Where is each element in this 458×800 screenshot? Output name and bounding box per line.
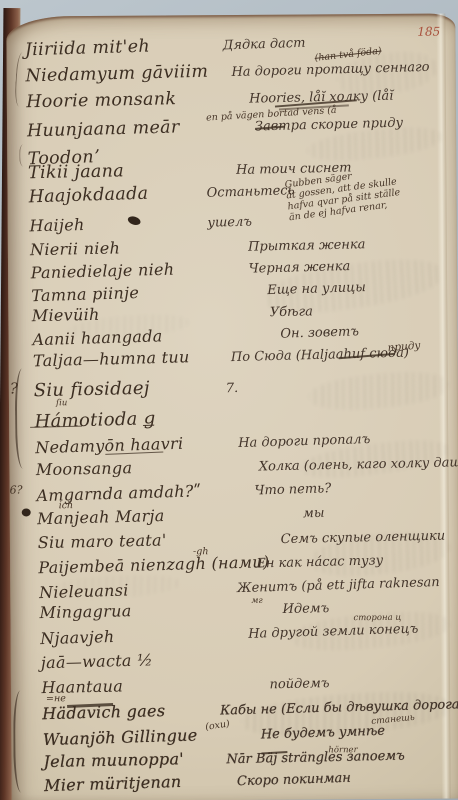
native-term: Haijeh bbox=[29, 212, 207, 236]
margin-note-interlinear: =не bbox=[46, 693, 66, 704]
gloss-text bbox=[219, 657, 458, 663]
gloss-text bbox=[213, 416, 458, 422]
native-term: Aanii haangada bbox=[32, 325, 210, 349]
native-term: Nierii nieh bbox=[30, 237, 208, 260]
margin-note-interlinear: hörner bbox=[328, 745, 357, 755]
entry-list: Jiiriida mit'eh Дядка даст Niedamyum gāv… bbox=[24, 21, 450, 32]
writing-area: Jiiriida mit'eh Дядка даст Niedamyum gāv… bbox=[24, 21, 458, 794]
gloss-text: На другой земли конецъ bbox=[218, 620, 458, 643]
native-term: Paijembeā nienzagh (нами) bbox=[38, 554, 216, 578]
gloss-text: пойдемъ bbox=[219, 673, 458, 693]
gloss-text: Что петь? bbox=[214, 477, 458, 500]
native-term: Taljaa—humna tuu bbox=[33, 347, 211, 371]
native-term: jaā—wacta ½ bbox=[41, 649, 219, 673]
gloss-text: По Сюда (Haljaahuf сюда) bbox=[211, 344, 458, 365]
native-term: Wuanjöh Gillingue bbox=[43, 725, 221, 749]
margin-note-interlinear: мг bbox=[251, 596, 262, 606]
gloss-text: Скоро покинман bbox=[222, 767, 458, 790]
margin-note-interlinear: ſiu bbox=[56, 398, 67, 408]
gloss-text: 7. bbox=[212, 376, 458, 396]
native-term: Tamna piinje bbox=[31, 281, 209, 305]
native-term: Tikii jaana bbox=[28, 160, 206, 184]
margin-note-interlinear: сторона ц bbox=[353, 613, 401, 623]
margin-brace bbox=[13, 690, 29, 792]
native-term: Nieleuansi bbox=[39, 578, 217, 602]
manuscript-page: 185 Jiiriida mit'eh Дядка даст Niedamyum… bbox=[6, 13, 458, 800]
gloss-text: Кабы не (Если бы дѣвушка дорога, больше bbox=[220, 696, 458, 719]
margin-brace bbox=[15, 368, 31, 468]
margin-note-interlinear: -gh bbox=[193, 546, 208, 557]
margin-number-mark: 6? bbox=[10, 483, 23, 496]
native-term: Paniedielaje nieh bbox=[30, 259, 208, 283]
native-term: Mier müritjenan bbox=[44, 771, 222, 795]
native-term: Hámotioda ǥ bbox=[34, 407, 212, 433]
native-term: Haajokdaada bbox=[28, 182, 207, 207]
native-term: Hoorie monsank bbox=[26, 89, 204, 113]
native-term: Mievüih bbox=[32, 303, 210, 326]
entry-row: Siu fiosidaej 7. bbox=[34, 371, 458, 401]
native-term: Haantaua bbox=[41, 674, 219, 697]
gloss-text: Не будемъ умнѣе bbox=[221, 721, 458, 744]
photo-stage: 185 Jiiriida mit'eh Дядка даст Niedamyum… bbox=[0, 0, 458, 800]
native-term: Jiiriida mit'eh bbox=[25, 35, 204, 60]
native-term: Hädavich gaes bbox=[42, 700, 220, 724]
entry-row: Haantaua пойдемъ bbox=[41, 669, 458, 697]
native-term: Siu maro teata' bbox=[38, 529, 216, 552]
gloss-text: Женитъ (på ett jifta raknesan bbox=[217, 574, 458, 597]
native-term: Huunjaana meār bbox=[27, 117, 205, 142]
gloss-text: На дороги пропалъ bbox=[213, 429, 458, 452]
native-term: Niedamyum gāviiim bbox=[25, 62, 203, 87]
entry-row: jaā—wacta ½ bbox=[41, 642, 458, 672]
ink-blot bbox=[22, 508, 31, 516]
gloss-text: Холка (олень, каго холку дашь) bbox=[214, 455, 458, 475]
gloss-text: Еще на улицы bbox=[209, 277, 457, 300]
entry-row: Hoorie monsank Hoories, låĭ холку (låĭ bbox=[26, 83, 452, 112]
margin-note-interlinear: приду bbox=[387, 340, 421, 354]
native-term: Njaavjeh bbox=[40, 624, 218, 648]
gloss-text: Семъ скупые оленщики bbox=[216, 528, 458, 548]
native-term: Mingagrua bbox=[39, 599, 217, 622]
margin-note-interlinear: ich bbox=[59, 500, 74, 511]
margin-brace bbox=[19, 144, 27, 166]
entry-row: Niedamyum gāviiim На дороги протащу сенн… bbox=[25, 55, 451, 86]
gloss-text: мы bbox=[215, 502, 458, 523]
native-term: Jelan muunoppa' bbox=[43, 748, 221, 771]
entry-row: Jiiriida mit'eh Дядка даст bbox=[25, 27, 451, 60]
native-term: Moonsanga bbox=[36, 456, 214, 479]
